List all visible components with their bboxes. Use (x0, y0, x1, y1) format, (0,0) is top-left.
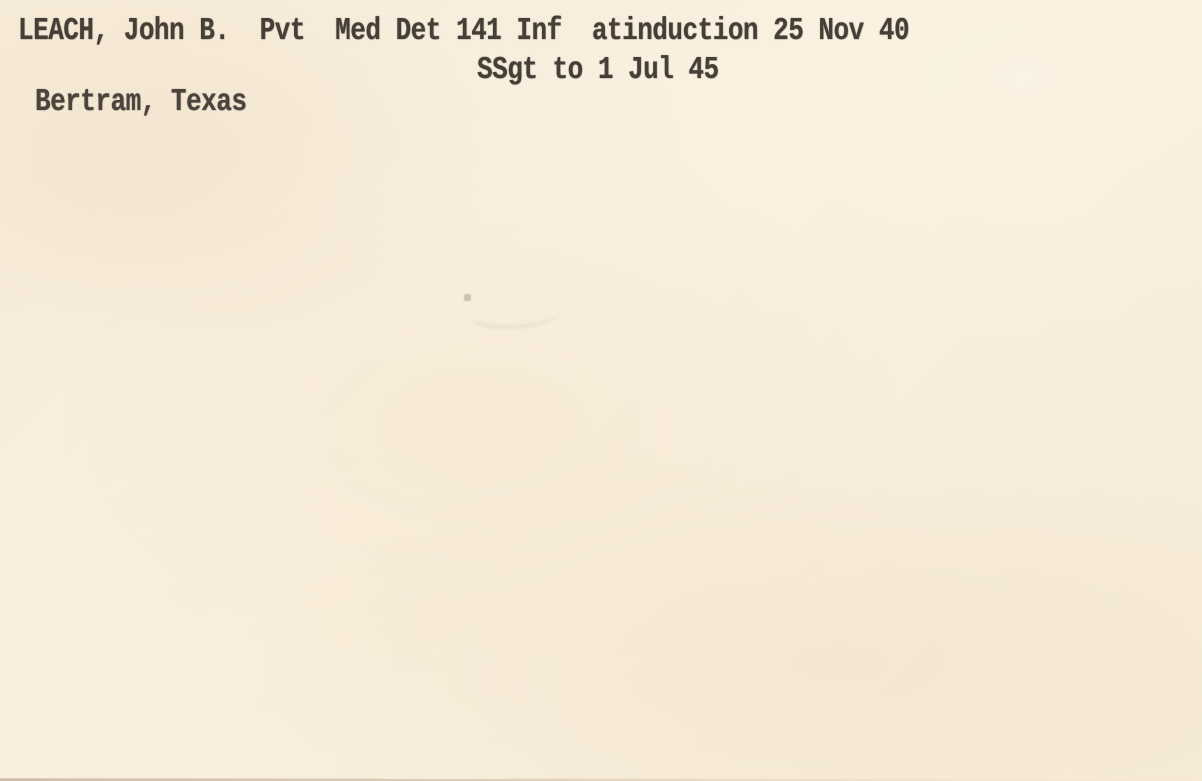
card-bottom-edge (0, 775, 1202, 781)
index-card: LEACH, John B. Pvt Med Det 141 Inf atind… (0, 0, 1202, 781)
residence-line: Bertram, Texas (35, 83, 246, 120)
service-record-line: LEACH, John B. Pvt Med Det 141 Inf atind… (18, 12, 909, 49)
promotion-line: SSgt to 1 Jul 45 (477, 51, 719, 88)
paper-smudge-streak (470, 300, 560, 328)
